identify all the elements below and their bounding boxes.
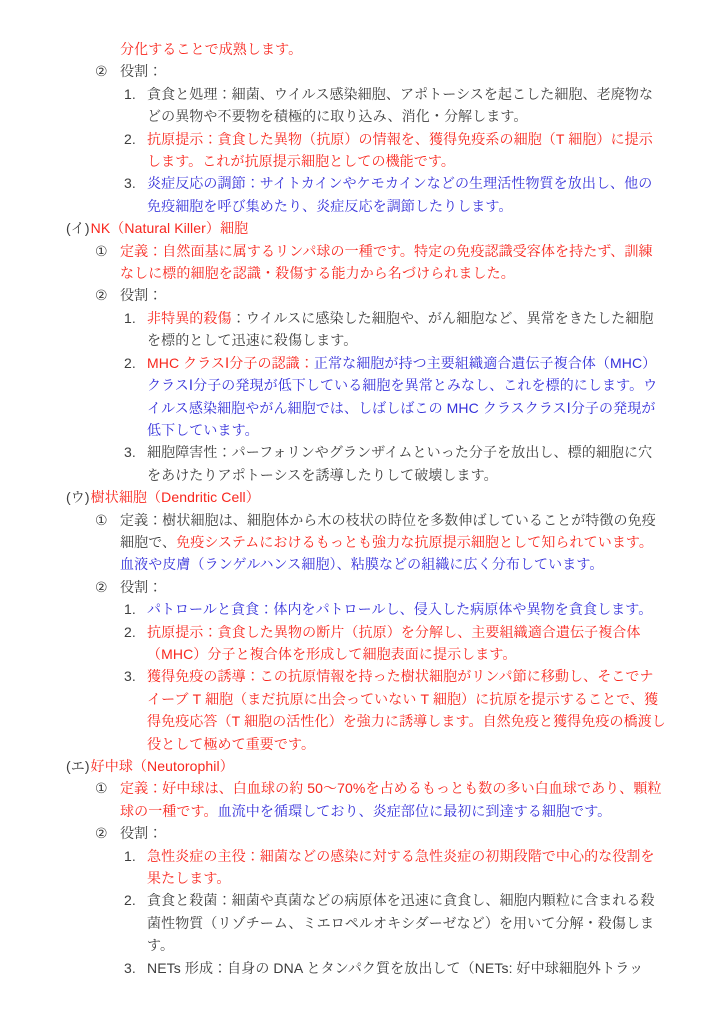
list-item-numbered: 3.獲得免疫の誘導：この抗原情報を持った樹状細胞がリンパ節に移動し、そこでナイー… [124,665,666,755]
text-run: 非特異的殺傷 [147,310,232,326]
text-run: 役割： [120,579,162,595]
list-marker: ② [95,576,120,598]
text-line: 分化することで成熟します。 [120,38,666,60]
list-marker: 2. [124,889,147,911]
text-line: 獲得免疫の誘導：この抗原情報を持った樹状細胞がリンパ節に移動し、そこでナイーブ … [147,665,666,755]
list-marker: ② [95,284,120,306]
text-run: 役割： [120,825,162,841]
list-item-numbered: 2.抗原提示：貪食した異物（抗原）の情報を、獲得免疫系の細胞（T 細胞）に提示し… [124,128,666,173]
section-heading: (イ)NK（Natural Killer）細胞 [66,217,666,239]
list-marker: 1. [124,598,147,620]
list-marker: (ウ) [66,486,90,508]
list-item-numbered: 1.貪食と処理：細菌、ウイルス感染細胞、アポトーシスを起こした細胞、老廃物などの… [124,83,666,128]
list-marker: ② [95,60,120,82]
list-marker: 1. [124,845,147,867]
text-line: 役割： [120,284,666,306]
list-marker: 1. [124,307,147,329]
text-line: 樹状細胞（Dendritic Cell） [91,486,666,508]
list-marker: 3. [124,441,147,463]
document-body: 分化することで成熟します。②役割：1.貪食と処理：細菌、ウイルス感染細胞、アポト… [66,38,666,979]
text-run: 好中球（Neutorophil） [91,758,234,774]
text-run: 役割： [120,63,162,79]
text-line: 貪食と処理：細菌、ウイルス感染細胞、アポトーシスを起こした細胞、老廃物などの異物… [147,83,666,128]
list-item-numbered: 1.非特異的殺傷：ウイルスに感染した細胞や、がん細胞など、異常をきたした細胞を標… [124,307,666,352]
text-run: MHC クラスⅠ分子の認識： [147,355,314,371]
text-run: NETs 形成：自身の DNA とタンパク質を放出して（NETs: 好中球細胞外… [147,960,643,976]
text-run: 樹状細胞（Dendritic Cell） [91,489,260,505]
text-line: 好中球（Neutorophil） [91,755,666,777]
text-line: 定義：自然面基に属するリンパ球の一種です。特定の免疫認識受容体を持たず、訓練なし… [120,240,666,285]
list-item-circled: ②役割： [95,822,666,844]
list-item-numbered: 1.パトロールと貪食：体内をパトロールし、侵入した病原体や異物を貪食します。 [124,598,666,620]
list-item-circled: ①定義：自然面基に属するリンパ球の一種です。特定の免疫認識受容体を持たず、訓練な… [95,240,666,285]
text-line: 貪食と殺菌：細菌や真菌などの病原体を迅速に貪食し、細胞内顆粒に含まれる殺菌性物質… [147,889,666,956]
list-item-numbered: 2.貪食と殺菌：細菌や真菌などの病原体を迅速に貪食し、細胞内顆粒に含まれる殺菌性… [124,889,666,956]
text-line: 役割： [120,576,666,598]
text-line: 非特異的殺傷：ウイルスに感染した細胞や、がん細胞など、異常をきたした細胞を標的と… [147,307,666,352]
document-page: 分化することで成熟します。②役割：1.貪食と処理：細菌、ウイルス感染細胞、アポト… [0,0,724,1024]
section-heading: (ウ)樹状細胞（Dendritic Cell） [66,486,666,508]
list-marker: ① [95,777,120,799]
text-run: 獲得免疫の誘導：この抗原情報を持った樹状細胞がリンパ節に移動し、そこでナイーブ … [147,668,666,751]
text-run: 抗原提示：貪食した異物（抗原）の情報を、獲得免疫系の細胞（T 細胞）に提示します… [147,131,653,169]
text-run: 貪食と殺菌：細菌や真菌などの病原体を迅速に貪食し、細胞内顆粒に含まれる殺菌性物質… [147,892,655,953]
text-run: 炎症反応の調節：サイトカインやケモカインなどの生理活性物質を放出し、他の免疫細胞… [147,175,652,213]
list-item-circled: ②役割： [95,576,666,598]
list-marker: 3. [124,665,147,687]
list-marker: 2. [124,352,147,374]
text-line: パトロールと貪食：体内をパトロールし、侵入した病原体や異物を貪食します。 [147,598,666,620]
list-item-numbered: 2.MHC クラスⅠ分子の認識：正常な細胞が持つ主要組織適合遺伝子複合体（MHC… [124,352,666,442]
list-item-circled: ①定義：好中球は、白血球の約 50～70%を占めるもっとも数の多い白血球であり、… [95,777,666,822]
list-marker: ① [95,509,120,531]
text-line: 炎症反応の調節：サイトカインやケモカインなどの生理活性物質を放出し、他の免疫細胞… [147,172,666,217]
text-run: 定義：自然面基に属するリンパ球の一種です。特定の免疫認識受容体を持たず、訓練なし… [120,243,653,281]
text-run: パトロールと貪食：体内をパトロールし、侵入した病原体や異物を貪食します。 [147,601,652,617]
text-run: 貪食と処理：細菌、ウイルス感染細胞、アポトーシスを起こした細胞、老廃物などの異物… [147,86,653,124]
list-marker: (イ) [66,217,90,239]
list-item-numbered: 3.細胞障害性：パーフォリンやグランザイムといった分子を放出し、標的細胞に穴をあ… [124,441,666,486]
text-line: 細胞障害性：パーフォリンやグランザイムといった分子を放出し、標的細胞に穴をあけた… [147,441,666,486]
list-item-numbered: 3.炎症反応の調節：サイトカインやケモカインなどの生理活性物質を放出し、他の免疫… [124,172,666,217]
text-run: 分化することで成熟します。 [120,41,302,57]
list-marker: 3. [124,172,147,194]
section-heading: (エ)好中球（Neutorophil） [66,755,666,777]
text-line: 定義：樹状細胞は、細胞体から木の枝状の時位を多数伸ばしていることが特徴の免疫細胞… [120,509,666,576]
list-item-circled: ②役割： [95,284,666,306]
text-line: 抗原提示：貪食した異物（抗原）の情報を、獲得免疫系の細胞（T 細胞）に提示します… [147,128,666,173]
text-line: NK（Natural Killer）細胞 [91,217,666,239]
list-marker: (エ) [66,755,90,777]
text-line: 定義：好中球は、白血球の約 50～70%を占めるもっとも数の多い白血球であり、顆… [120,777,666,822]
list-item-numbered: 1.急性炎症の主役：細菌などの感染に対する急性炎症の初期段階で中心的な役割を果た… [124,845,666,890]
text-line: 役割： [120,60,666,82]
list-marker: ① [95,240,120,262]
list-marker: 1. [124,83,147,105]
text-line: MHC クラスⅠ分子の認識：正常な細胞が持つ主要組織適合遺伝子複合体（MHC）ク… [147,352,666,442]
list-item-circled: ①定義：樹状細胞は、細胞体から木の枝状の時位を多数伸ばしていることが特徴の免疫細… [95,509,666,576]
list-marker: ② [95,822,120,844]
text-run: 抗原提示：貪食した異物の断片（抗原）を分解し、主要組織適合遺伝子複合体（MHC）… [147,624,641,662]
list-item-numbered: 2.抗原提示：貪食した異物の断片（抗原）を分解し、主要組織適合遺伝子複合体（MH… [124,621,666,666]
text-line: 抗原提示：貪食した異物の断片（抗原）を分解し、主要組織適合遺伝子複合体（MHC）… [147,621,666,666]
text-run: 細胞障害性：パーフォリンやグランザイムといった分子を放出し、標的細胞に穴をあけた… [147,444,652,482]
text-run: 血液や皮膚（ランゲルハンス細胞）、粘膜などの組織に広く分布しています。 [120,556,603,572]
list-marker: 2. [124,128,147,150]
list-marker: 2. [124,621,147,643]
text-run: 役割： [120,287,162,303]
list-item-circled: ②役割： [95,60,666,82]
text-line: 役割： [120,822,666,844]
continuation-line: 分化することで成熟します。 [120,38,666,60]
text-run: 急性炎症の主役：細菌などの感染に対する急性炎症の初期段階で中心的な役割を果たしま… [147,848,655,886]
list-item-numbered: 3.NETs 形成：自身の DNA とタンパク質を放出して（NETs: 好中球細… [124,957,666,979]
text-line: NETs 形成：自身の DNA とタンパク質を放出して（NETs: 好中球細胞外… [147,957,666,979]
list-marker: 3. [124,957,147,979]
text-run: 免疫システムにおけるもっとも強力な抗原提示細胞として知られています。 [176,534,653,550]
text-run: NK（Natural Killer）細胞 [91,220,249,236]
text-line: 急性炎症の主役：細菌などの感染に対する急性炎症の初期段階で中心的な役割を果たしま… [147,845,666,890]
text-run: 血流中を循環しており、炎症部位に最初に到達する細胞です。 [218,803,612,819]
